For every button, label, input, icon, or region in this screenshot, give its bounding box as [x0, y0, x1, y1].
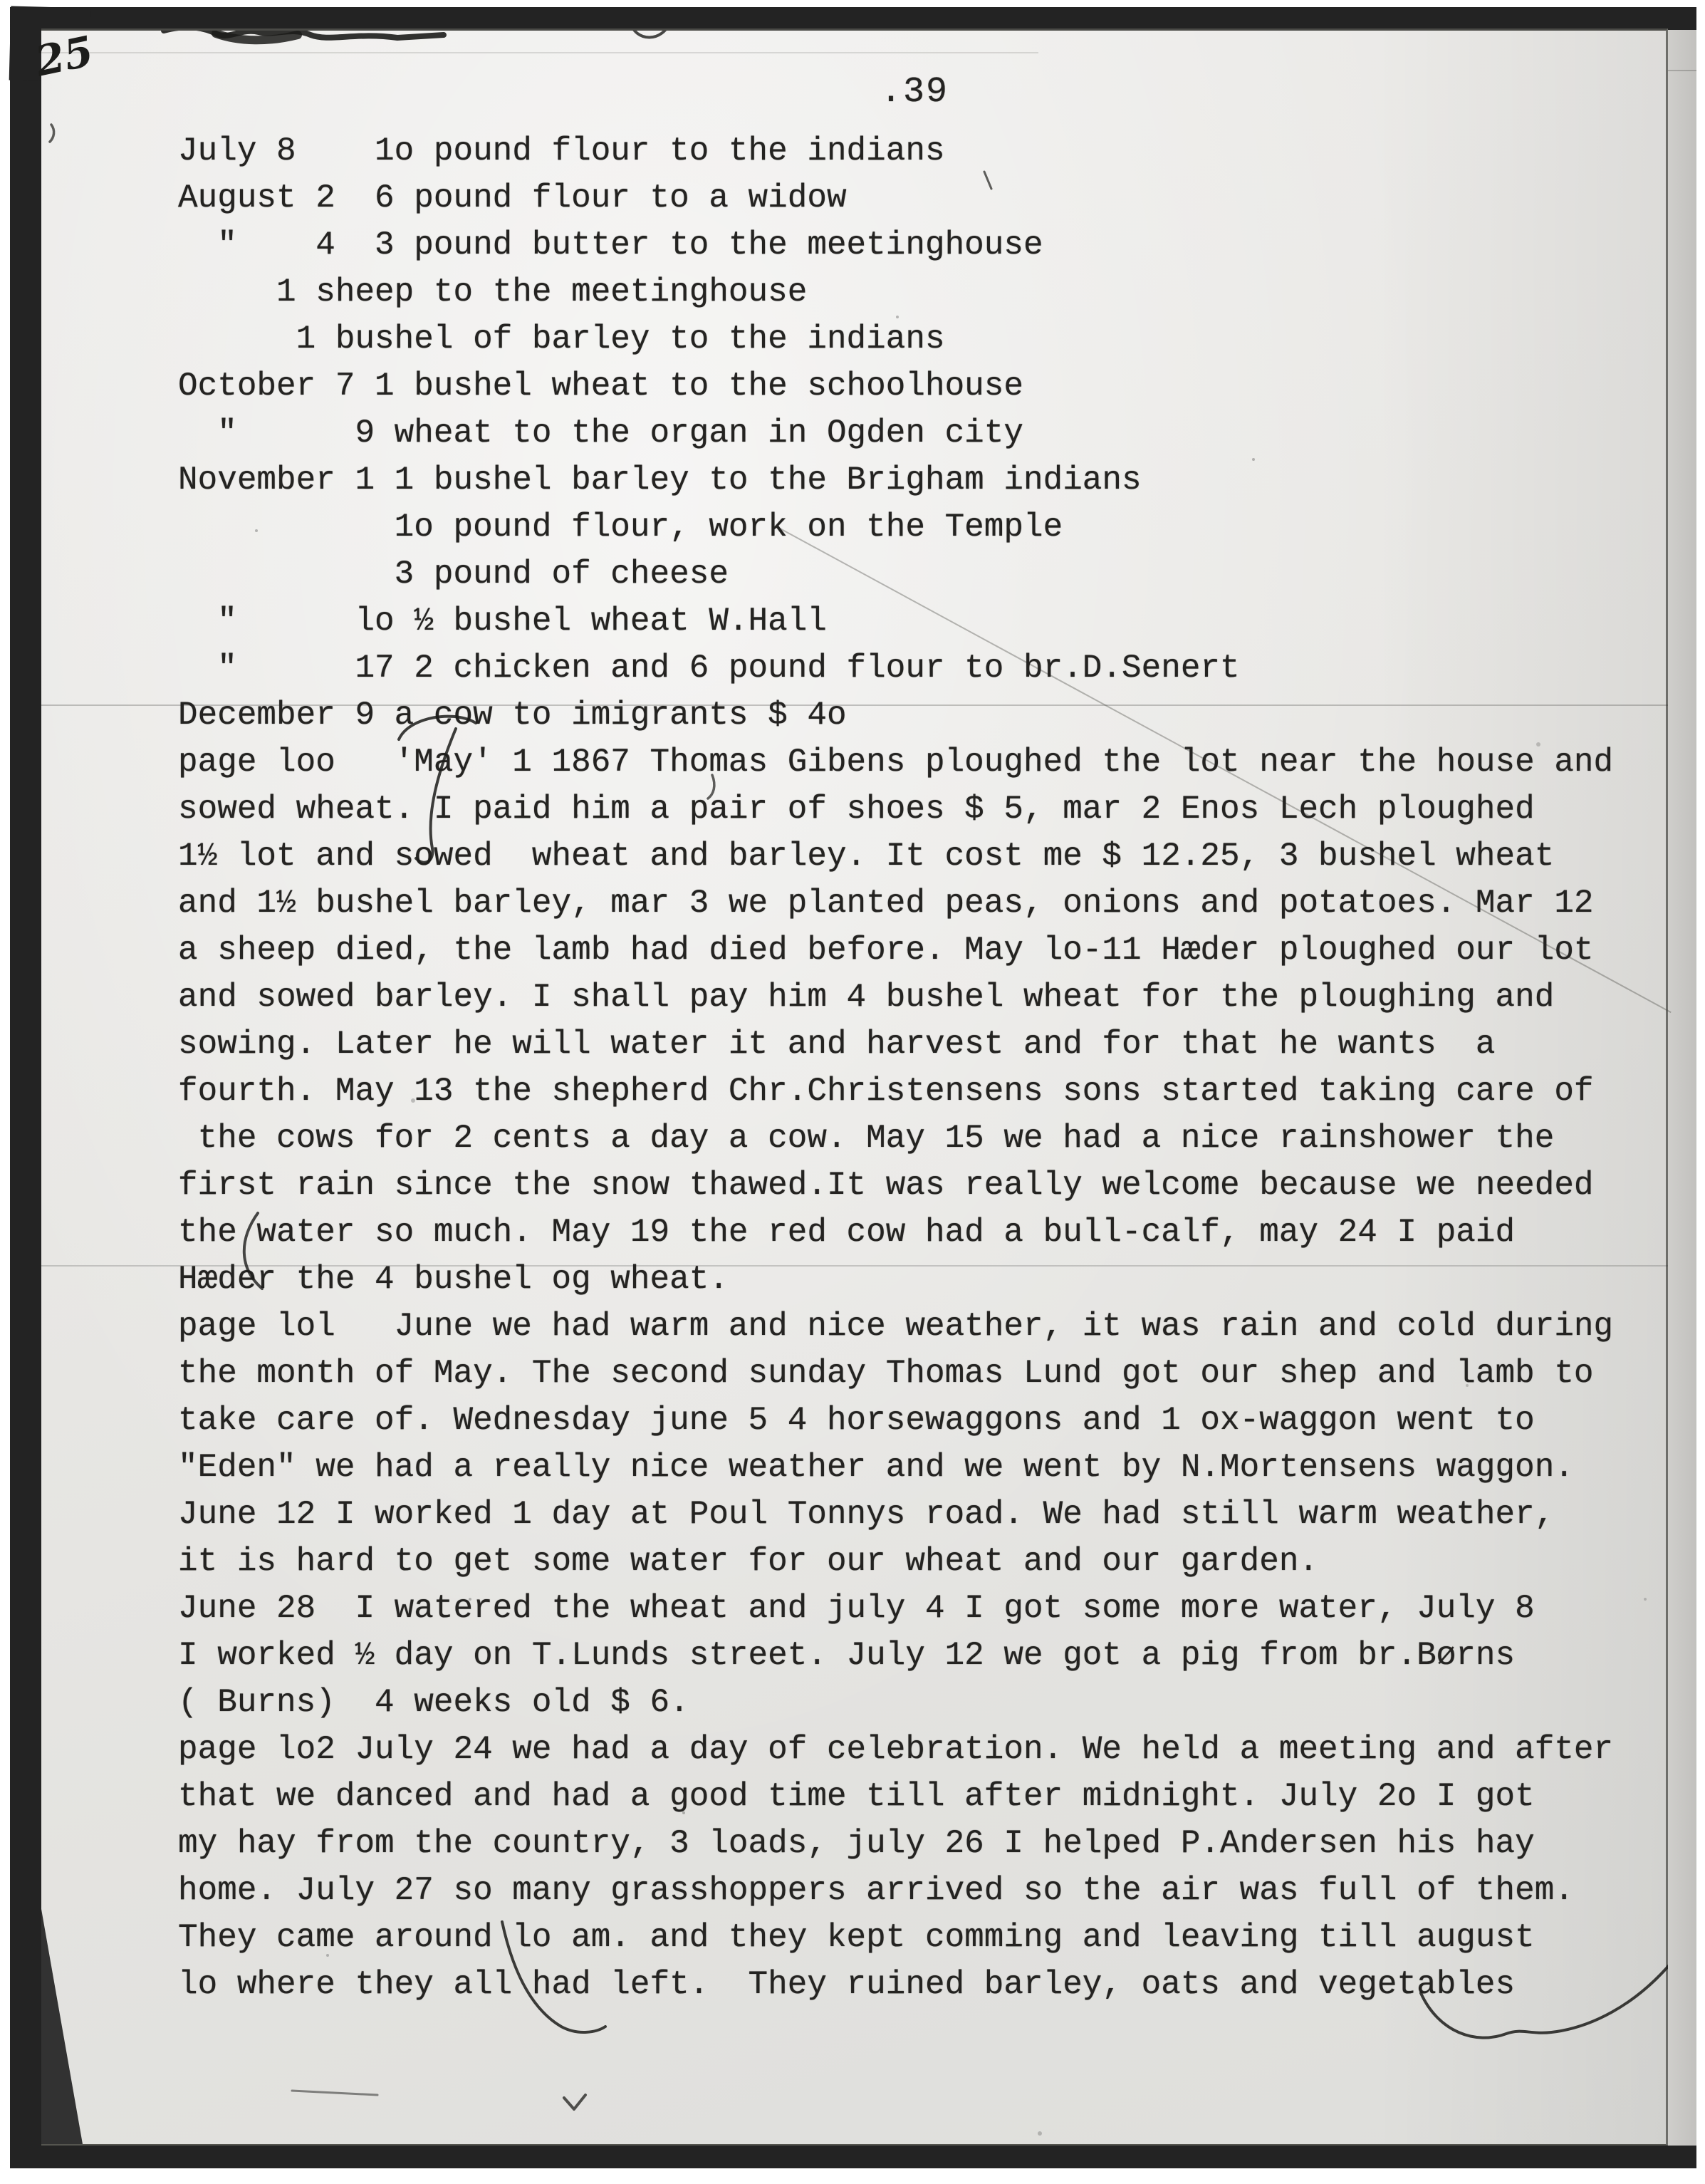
pen-scribble-top-edge — [164, 31, 444, 38]
text-line: page loo 'May' 1 1867 Thomas Gibens plou… — [178, 739, 1613, 786]
pen-curve-top-center — [630, 31, 671, 38]
page-number: .39 — [880, 72, 949, 113]
text-line: " 9 wheat to the organ in Ogden city — [178, 410, 1613, 457]
text-line: June 12 I worked 1 day at Poul Tonnys ro… — [178, 1491, 1613, 1538]
pen-dash-bottom-left — [292, 2091, 377, 2095]
text-line: 1 bushel of barley to the indians — [178, 316, 1613, 363]
text-line: 3 pound of cheese — [178, 551, 1613, 598]
text-line: " 4 3 pound butter to the meetinghouse — [178, 222, 1613, 269]
frame-band-top — [10, 7, 1696, 30]
text-line: the cows for 2 cents a day a cow. May 15… — [178, 1115, 1613, 1162]
text-line: July 8 1o pound flour to the indians — [178, 128, 1613, 175]
text-line: " lo ½ bushel wheat W.Hall — [178, 598, 1613, 645]
typewritten-text: July 8 1o pound flour to the indiansAugu… — [178, 128, 1613, 2008]
frame-band-bottom — [10, 2146, 1696, 2168]
text-line: lo where they all had left. They ruined … — [178, 1961, 1613, 2008]
text-line: June 28 I watered the wheat and july 4 I… — [178, 1585, 1613, 1632]
text-line: take care of. Wednesday june 5 4 horsewa… — [178, 1397, 1613, 1444]
text-line: fourth. May 13 the shepherd Chr.Christen… — [178, 1068, 1613, 1115]
text-line: 1½ lot and sowed wheat and barley. It co… — [178, 833, 1613, 880]
text-line: and 1½ bushel barley, mar 3 we planted p… — [178, 880, 1613, 927]
text-line: and sowed barley. I shall pay him 4 bush… — [178, 974, 1613, 1021]
text-line: that we danced and had a good time till … — [178, 1773, 1613, 1820]
scan-margin-right — [1668, 30, 1696, 2146]
text-line: home. July 27 so many grasshoppers arriv… — [178, 1867, 1613, 1914]
scan-line-top — [41, 52, 1038, 53]
text-line: "Eden" we had a really nice weather and … — [178, 1444, 1613, 1491]
pen-mark-left-margin — [50, 125, 54, 142]
pen-check-bottom — [564, 2095, 585, 2109]
text-line: " 17 2 chicken and 6 pound flour to br.D… — [178, 645, 1613, 692]
handwritten-page-count: 25 — [31, 26, 98, 85]
scan-line-right-margin — [1668, 70, 1696, 71]
text-line: December 9 a cow to imigrants $ 4o — [178, 692, 1613, 739]
text-line: November 1 1 bushel barley to the Brigha… — [178, 457, 1613, 504]
text-line: the month of May. The second sunday Thom… — [178, 1350, 1613, 1397]
frame-band-left — [10, 7, 43, 2168]
text-line: it is hard to get some water for our whe… — [178, 1538, 1613, 1585]
text-line: first rain since the snow thawed.It was … — [178, 1162, 1613, 1209]
text-line: sowed wheat. I paid him a pair of shoes … — [178, 786, 1613, 833]
text-line: a sheep died, the lamb had died before. … — [178, 927, 1613, 974]
text-line: They came around lo am. and they kept co… — [178, 1914, 1613, 1961]
text-line: the water so much. May 19 the red cow ha… — [178, 1209, 1613, 1256]
text-line: October 7 1 bushel wheat to the schoolho… — [178, 363, 1613, 410]
text-line: ( Burns) 4 weeks old $ 6. — [178, 1679, 1613, 1726]
text-line: my hay from the country, 3 loads, july 2… — [178, 1820, 1613, 1867]
text-line: August 2 6 pound flour to a widow — [178, 175, 1613, 222]
paper-page: 25 .39 July 8 1o pound flour to the indi… — [41, 28, 1668, 2146]
text-line: Hæder the 4 bushel og wheat. — [178, 1256, 1613, 1303]
text-line: I worked ½ day on T.Lunds street. July 1… — [178, 1632, 1613, 1679]
frame-wedge-bottom-left — [41, 1909, 83, 2144]
text-line: page lol June we had warm and nice weath… — [178, 1303, 1613, 1350]
text-line: page lo2 July 24 we had a day of celebra… — [178, 1726, 1613, 1773]
text-line: 1o pound flour, work on the Temple — [178, 504, 1613, 551]
photo-frame: 25 .39 July 8 1o pound flour to the indi… — [0, 0, 1705, 2184]
text-line: sowing. Later he will water it and harve… — [178, 1021, 1613, 1068]
pen-scribble-top-blob — [216, 33, 298, 40]
text-line: 1 sheep to the meetinghouse — [178, 269, 1613, 316]
